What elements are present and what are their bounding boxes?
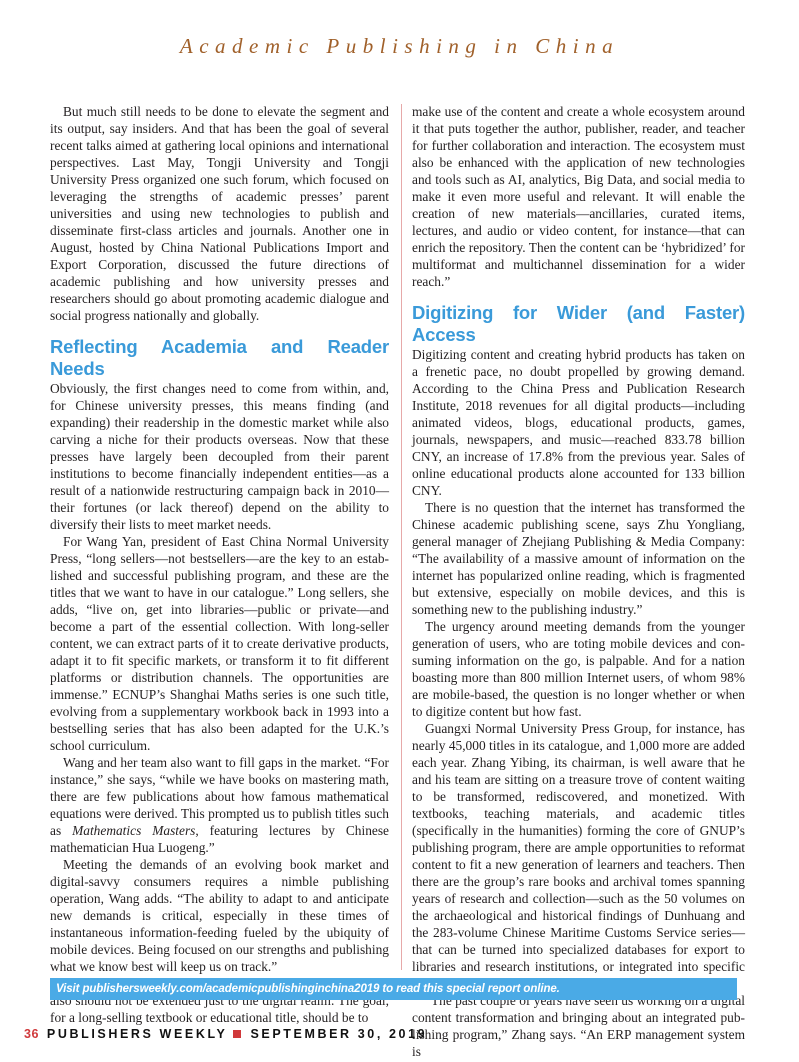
paragraph: There is no question that the internet h… [412,499,745,618]
paragraph: Obviously, the first changes need to com… [50,380,389,533]
section-heading-reflecting-academia: Reflecting Academia and Reader Needs [50,336,389,380]
paragraph: Meeting the demands of an evolving book … [50,856,389,975]
promo-banner[interactable]: Visit publishersweekly.com/academicpubli… [50,978,737,1000]
publication-name: PUBLISHERS WEEKLY [47,1027,228,1041]
left-column: But much still needs to be done to eleva… [50,103,389,1026]
paragraph: make use of the content and create a who… [412,103,745,290]
page-number: 36 [24,1027,39,1041]
section-heading-digitizing: Digitizing for Wider (and Faster) Access [412,302,745,346]
paragraph: The urgency around meeting demands from … [412,618,745,720]
issue-date: SEPTEMBER 30, 2019 [250,1027,427,1041]
square-bullet-icon [233,1030,241,1038]
paragraph: Wang and her team also want to fill gaps… [50,754,389,856]
column-divider [401,104,402,970]
page-footer: 36 PUBLISHERS WEEKLY SEPTEMBER 30, 2019 [24,1027,427,1041]
right-column: make use of the content and create a who… [412,103,745,1060]
paragraph: Digitizing content and creating hybrid p… [412,346,745,499]
book-title: Mathematics Masters [72,823,195,838]
paragraph: “The past couple of years have seen us w… [412,992,745,1060]
paragraph: For Wang Yan, president of East China No… [50,533,389,754]
paragraph: But much still needs to be done to eleva… [50,103,389,324]
running-title: Academic Publishing in China [0,34,799,59]
paragraph: Guangxi Normal University Press Group, f… [412,720,745,992]
